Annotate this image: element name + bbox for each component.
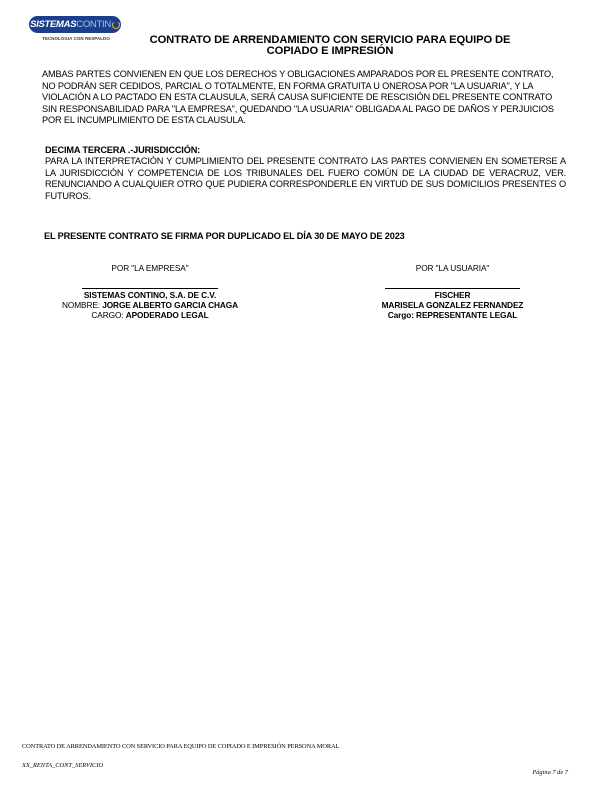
signatory-company: FISCHER xyxy=(370,290,535,300)
footer-document-code: XX_RENTA_CONT_SERVICIO xyxy=(22,762,103,769)
clause-jurisdiction-heading: DECIMA TERCERA .-JURISDICCIÓN: xyxy=(45,145,200,156)
signatory-name: JORGE ALBERTO GARCIA CHAGA xyxy=(102,300,238,310)
signatory-company: SISTEMAS CONTINO, S.A. DE C.V. xyxy=(40,290,260,300)
footer-document-title: CONTRATO DE ARRENDAMIENTO CON SERVICIO P… xyxy=(22,743,339,750)
signing-date-statement: EL PRESENTE CONTRATO SE FIRMA POR DUPLIC… xyxy=(44,231,405,241)
signatory-role: APODERADO LEGAL xyxy=(126,310,209,320)
role-prefix: CARGO: xyxy=(91,310,125,320)
signature-party-label: POR "LA USUARIA" xyxy=(370,263,535,288)
signature-block-company: POR "LA EMPRESA" SISTEMAS CONTINO, S.A. … xyxy=(40,263,260,320)
signatory-role: Cargo: REPRESENTANTE LEGAL xyxy=(370,310,535,320)
signature-party-label: POR "LA EMPRESA" xyxy=(40,263,260,288)
logo-tagline: TECNOLOGIA CON RESPALDO xyxy=(26,36,126,41)
signature-block-client: POR "LA USUARIA" FISCHER MARISELA GONZAL… xyxy=(370,263,535,320)
signatory-name: MARISELA GONZALEZ FERNANDEZ xyxy=(370,300,535,310)
signatory-name-row: NOMBRE: JORGE ALBERTO GARCIA CHAGA xyxy=(40,300,260,310)
title-line-2: COPIADO E IMPRESIÓN xyxy=(130,46,530,57)
power-icon xyxy=(112,21,120,29)
name-prefix: NOMBRE: xyxy=(62,300,102,310)
signatory-role-row: CARGO: APODERADO LEGAL xyxy=(40,310,260,320)
company-logo: SISTEMASCONTIN TECNOLOGIA CON RESPALDO xyxy=(26,14,122,46)
document-title: CONTRATO DE ARRENDAMIENTO CON SERVICIO P… xyxy=(130,35,530,57)
clause-assignment-paragraph: AMBAS PARTES CONVIENEN EN QUE LOS DERECH… xyxy=(42,69,566,127)
signature-line xyxy=(385,288,520,289)
signature-line xyxy=(82,288,218,289)
logo-brand-bold: SISTEMAS xyxy=(30,20,76,30)
page-number: Página 7 de 7 xyxy=(532,769,568,776)
logo-badge: SISTEMASCONTIN xyxy=(29,16,121,33)
clause-jurisdiction-paragraph: PARA LA INTERPRETACIÓN Y CUMPLIMIENTO DE… xyxy=(45,156,566,202)
logo-brand-light: CONTIN xyxy=(76,20,111,30)
